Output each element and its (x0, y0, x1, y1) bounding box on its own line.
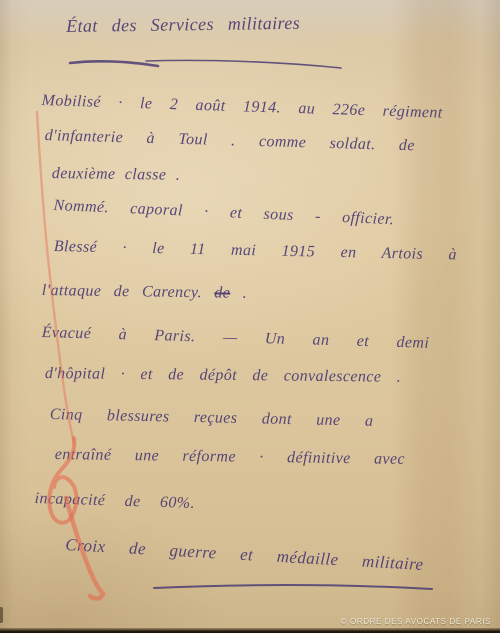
manuscript-page: État des Services militaires Mobilisé · … (0, 0, 500, 633)
title-underline-long (146, 60, 341, 68)
photo-bottom-edge (0, 628, 500, 633)
handwritten-line: Blessé · le 11 mai 1915 en Artois à (54, 237, 457, 265)
handwritten-line: Croix de guerre et médaille militaire (65, 535, 424, 575)
handwritten-line: Cinq blessures reçues dont une a (50, 405, 374, 431)
handwritten-line: Évacué à Paris. — Un an et demi (41, 323, 429, 353)
handwritten-line: l'attaque de Carency. de . (42, 281, 247, 303)
handwritten-line: Nommé. caporal · et sous - officier. (53, 196, 394, 229)
red-crayon-line (37, 112, 74, 444)
handwritten-line: entraîné une réforme · définitive avec (55, 445, 405, 469)
handwritten-line: d'infanterie à Toul . comme soldat. de (44, 126, 415, 156)
struck-word: de (214, 284, 230, 301)
document-title: État des Services militaires (66, 13, 300, 38)
line-text: l'attaque de Carency. (42, 282, 202, 301)
trailing-period: . (230, 285, 247, 302)
handwritten-line: deuxième classe . (52, 164, 181, 185)
title-underline (70, 61, 158, 66)
closing-underline (154, 585, 432, 589)
handwritten-line: Mobilisé · le 2 août 1914. au 226e régim… (41, 91, 443, 123)
paper-edge-notch (0, 607, 3, 623)
watermark: © ORDRE DES AVOCATS DE PARIS (341, 617, 491, 626)
handwritten-line: d'hôpital · et de dépôt de convalescence… (45, 364, 401, 387)
handwritten-line: incapacité de 60%. (34, 489, 195, 513)
